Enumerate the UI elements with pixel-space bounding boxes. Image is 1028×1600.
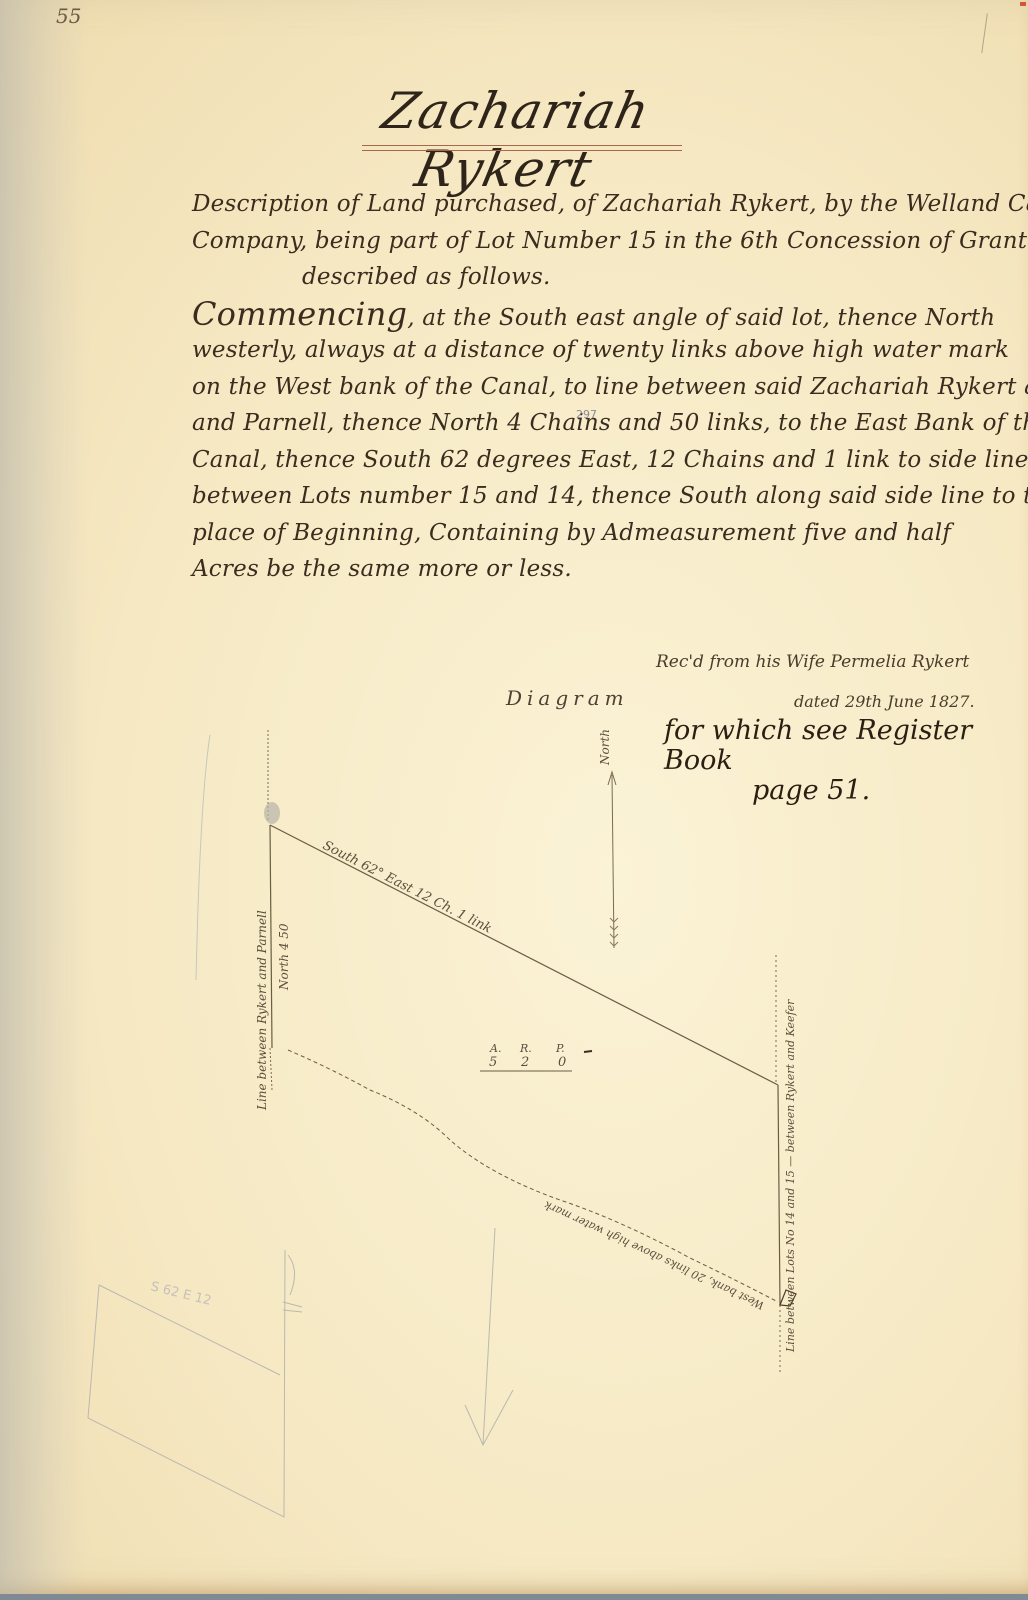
north-label: North (598, 729, 612, 766)
east-line-label: Line between Lots No 14 and 15 — between… (784, 999, 797, 1353)
area-value-acres: 5 (489, 1055, 497, 1070)
pencil-sketch-label: S 62 E 12 (149, 1279, 213, 1309)
area-value-perches: 0 (558, 1055, 566, 1070)
pencil-curve (196, 735, 210, 980)
west-line-label: Line between Rykert and Parnell (255, 910, 269, 1111)
canal-bank-line (288, 1050, 778, 1302)
area-header-perches: P. (555, 1042, 565, 1055)
canal-bank-label: West bank, 20 links above high water mar… (542, 1198, 767, 1312)
east-boundary-line (778, 1085, 780, 1305)
corner-smudge (264, 802, 280, 824)
pencil-sketch (88, 1228, 513, 1517)
ledger-page: 55 Zachariah Rykert Description of Land … (0, 0, 1028, 1594)
west-measure-label: North 4 50 (277, 923, 291, 991)
area-header-acres: A. (489, 1042, 501, 1055)
area-header-roods: R. (519, 1042, 532, 1055)
survey-diagram: North South 62° East 12 Ch. 1 link Line … (0, 0, 1028, 1594)
west-boundary-line (270, 825, 272, 1048)
north-boundary-label: South 62° East 12 Ch. 1 link (320, 838, 494, 937)
area-value-roods: 2 (520, 1055, 529, 1070)
area-dash (584, 1051, 592, 1052)
west-line-extension-lower (270, 1048, 272, 1090)
